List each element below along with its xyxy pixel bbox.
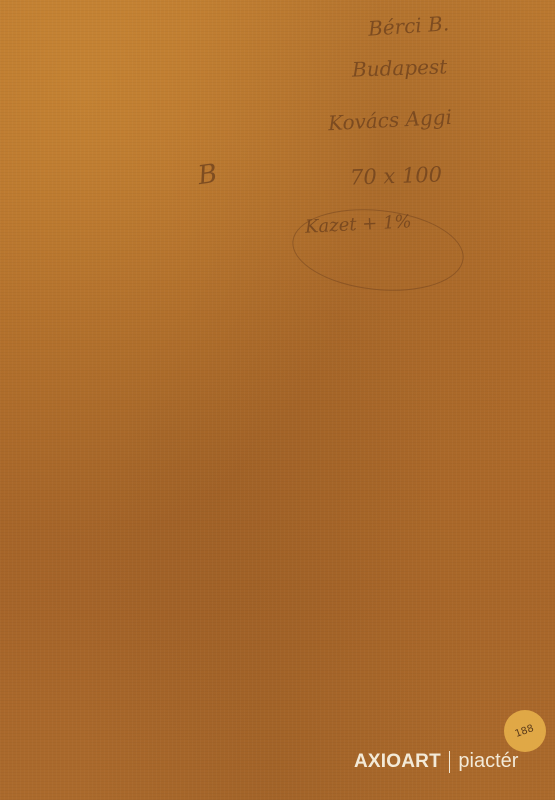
watermark-subtitle: piactér — [458, 750, 518, 773]
watermark-logo: AXIOART piactér — [354, 750, 518, 773]
watermark-brand: AXIOART — [354, 751, 441, 773]
cardboard-back: Bérci B. Budapest Kovács Aggi 70 x 100 K… — [0, 0, 555, 800]
lot-number-sticker: 188 — [504, 710, 546, 752]
texture-overlay — [0, 0, 555, 800]
handwritten-note-dimensions: 70 x 100 — [350, 162, 443, 189]
watermark-divider — [449, 751, 451, 773]
handwritten-note-city: Budapest — [352, 54, 448, 81]
handwritten-letter-mark: B — [196, 159, 219, 191]
lot-number: 188 — [514, 723, 536, 740]
